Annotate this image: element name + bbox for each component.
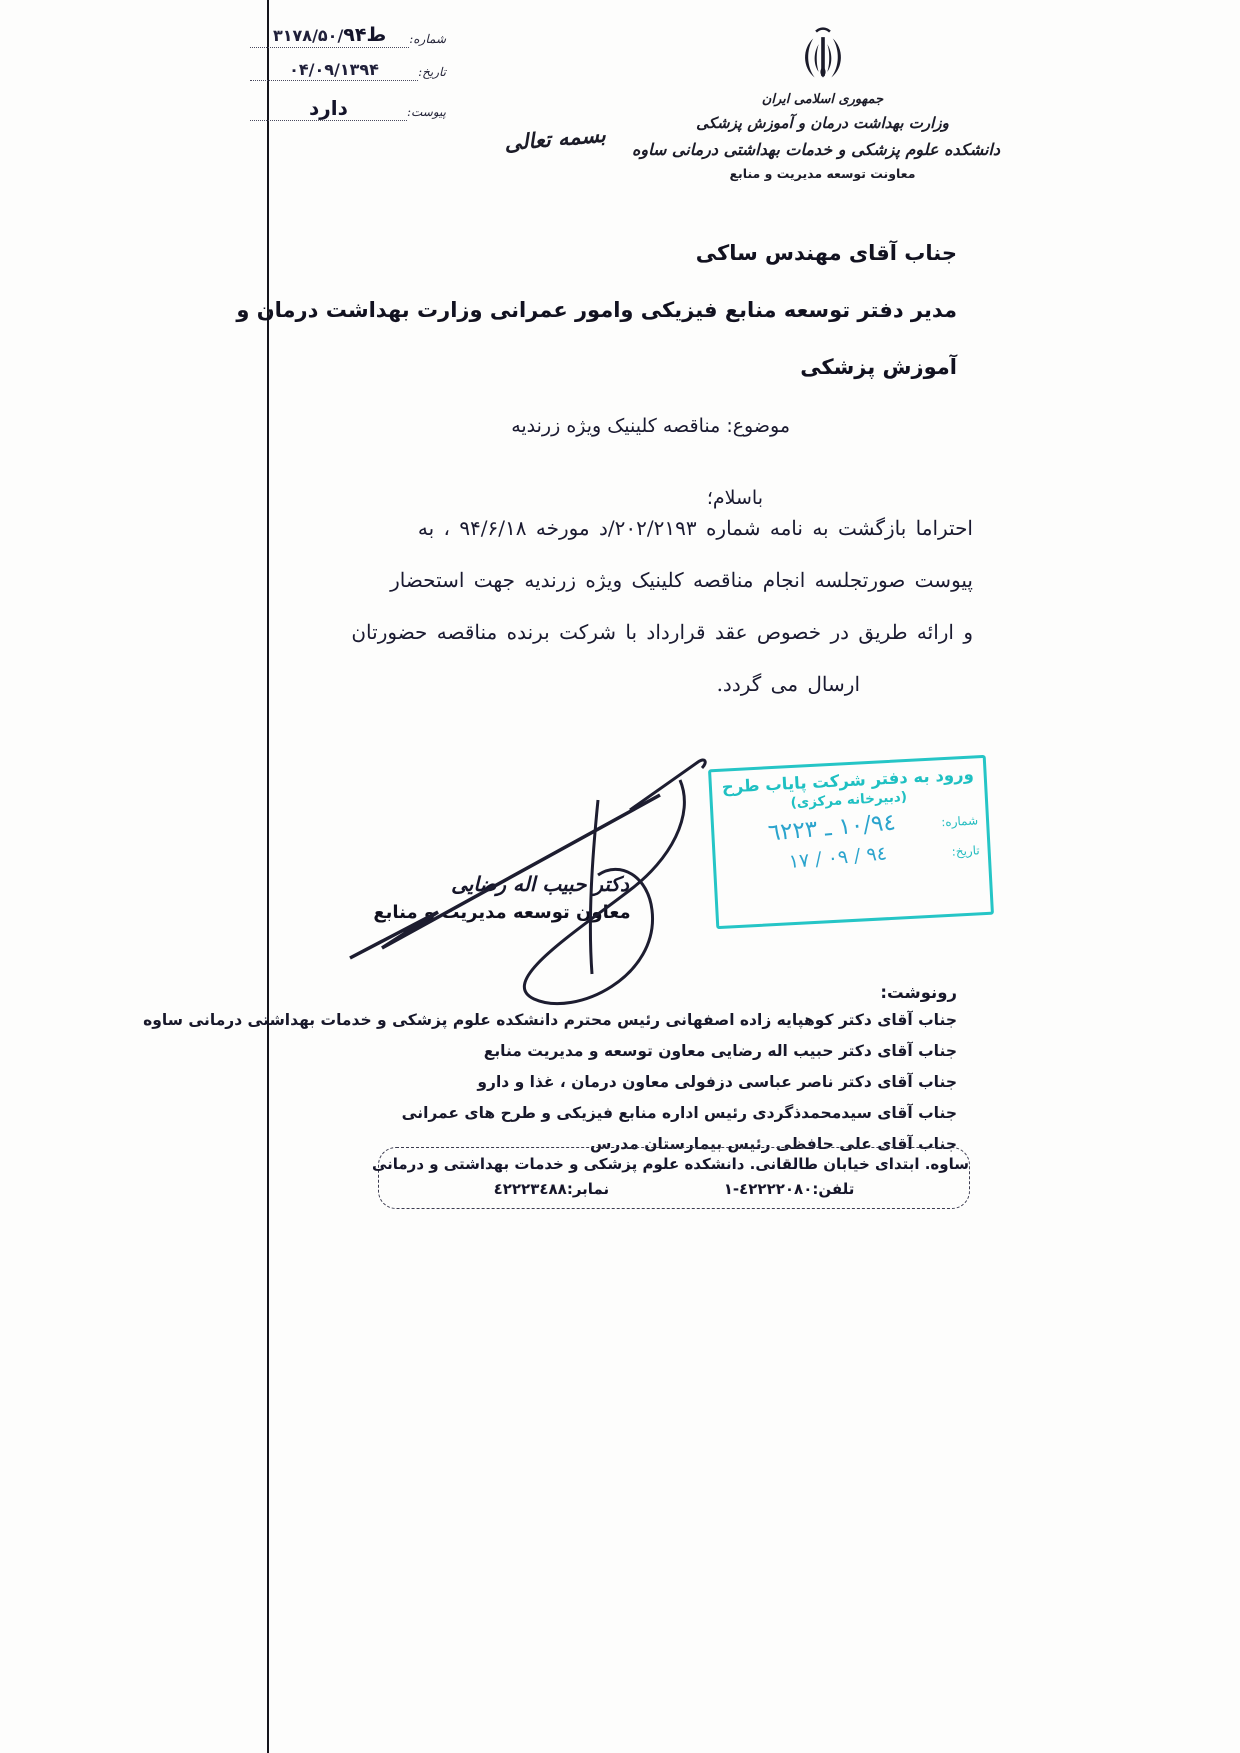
attachment-value: دارد — [250, 98, 407, 121]
body-line-3: و ارائه طریق در خصوص عقد قرارداد با شرکت… — [351, 620, 973, 644]
cc-item: جناب آقای سیدمحمدذگردی رئیس اداره منابع … — [262, 1104, 957, 1122]
iran-emblem-icon — [795, 26, 851, 90]
letterhead-university-line: دانشکده علوم پزشکی و خدمات بهداشتی درمان… — [645, 140, 1000, 159]
footer-contact-row: تلفن:٤٢٢٢٢٠٨٠-١ نمابر:٤٢٢٢٣٤٨٨ — [379, 1180, 969, 1198]
footer-address: ساوه. ابتدای خیابان طالقانی. دانشکده علو… — [379, 1155, 969, 1173]
letterhead-ministry-line: وزارت بهداشت درمان و آموزش پزشکی — [645, 114, 1000, 132]
recipient-block: جناب آقای مهندس ساکی مدیر دفتر توسعه منا… — [267, 225, 957, 396]
letterhead-deputy-line: معاونت توسعه مدیریت و منابع — [645, 166, 1000, 181]
recipient-title-line1: مدیر دفتر توسعه منابع فیزیکی وامور عمران… — [267, 282, 957, 339]
body-line-1: احتراما بازگشت به نامه شماره ۲۰۲/۲۱۹۳/د … — [418, 516, 973, 540]
footer-box: ساوه. ابتدای خیابان طالقانی. دانشکده علو… — [378, 1147, 970, 1209]
body-line-4: ارسال می گردد. — [717, 672, 860, 696]
signatory-title: معاون توسعه مدیریت و منابع — [372, 902, 632, 923]
footer-phone: تلفن:٤٢٢٢٢٠٨٠-١ — [724, 1180, 855, 1198]
date-label: تاریخ: — [418, 65, 446, 81]
cc-item: جناب آقای دکتر کوهپایه زاده اصفهانی رئیس… — [262, 1011, 957, 1029]
signatory-name: دکتر حبیب اله رضایی — [420, 872, 660, 896]
meta-number-field: شماره: ۳۱۷۸/۵۰/ط۹۴ — [250, 26, 446, 48]
entry-stamp: ورود به دفتر شرکت پایاب طرح (دبیرخانه مر… — [708, 755, 994, 929]
cc-title: رونوشت: — [262, 983, 957, 1002]
cc-item: جناب آقای دکتر حبیب اله رضایی معاون توسع… — [262, 1042, 957, 1060]
besmele-calligraphy: بسمه تعالی — [469, 119, 641, 159]
attachment-label: پیوست: — [407, 105, 446, 121]
date-value: ۰۴/۰۹/۱۳۹۴ — [250, 62, 418, 81]
stamp-number-label: شماره: — [941, 813, 978, 829]
cc-section: رونوشت: جناب آقای دکتر کوهپایه زاده اصفه… — [262, 983, 957, 1166]
cc-item: جناب آقای دکتر ناصر عباسی دزفولی معاون د… — [262, 1073, 957, 1091]
scanned-letter-page: شماره: ۳۱۷۸/۵۰/ط۹۴ تاریخ: ۰۴/۰۹/۱۳۹۴ پیو… — [0, 0, 1240, 1753]
letter-subject: موضوع: مناقصه کلینیک ویژه زرندیه — [511, 415, 790, 437]
meta-attachment-field: پیوست: دارد — [250, 98, 446, 121]
number-value: ۳۱۷۸/۵۰/ط۹۴ — [250, 26, 409, 48]
recipient-name: جناب آقای مهندس ساکی — [267, 225, 957, 282]
body-line-2: پیوست صورتجلسه انجام مناقصه کلینیک ویژه … — [390, 568, 973, 592]
letterhead-country-line: جمهوری اسلامی ایران — [645, 92, 1000, 107]
recipient-title-line2: آموزش پزشکی — [267, 339, 957, 396]
letterhead: جمهوری اسلامی ایران وزارت بهداشت درمان و… — [645, 92, 1000, 181]
number-label: شماره: — [409, 32, 446, 48]
salutation: باسلام؛ — [707, 487, 763, 509]
meta-date-field: تاریخ: ۰۴/۰۹/۱۳۹۴ — [250, 62, 446, 81]
stamp-date-label: تاریخ: — [951, 843, 980, 858]
footer-fax: نمابر:٤٢٢٢٣٤٨٨ — [494, 1180, 610, 1198]
